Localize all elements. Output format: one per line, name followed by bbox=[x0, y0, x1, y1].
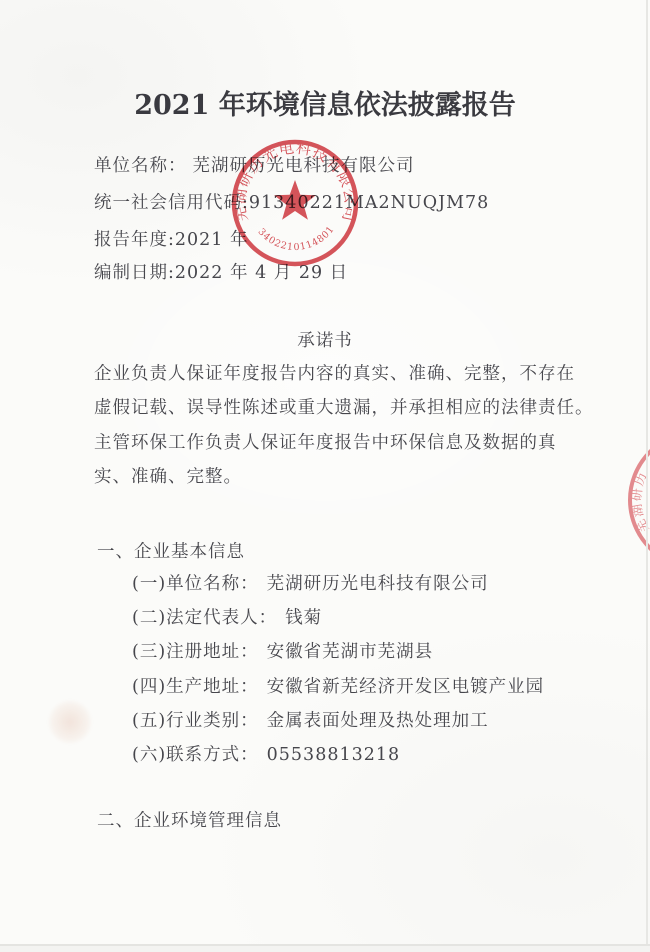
item2-value: 钱菊 bbox=[285, 608, 322, 628]
partial-seal-icon: 芜 湖 研 历 bbox=[596, 430, 650, 570]
field-company-name-label: 单位名称： bbox=[94, 156, 187, 176]
basic-info-item-legal-rep: (二)法定代表人：钱菊 bbox=[132, 607, 322, 629]
basic-info-item-industry-category: (五)行业类别：金属表面处理及热处理加工 bbox=[132, 710, 489, 732]
commitment-line-4: 实、准确、完整。 bbox=[94, 466, 242, 488]
field-report-year-label: 报告年度: bbox=[94, 230, 175, 250]
basic-info-item-production-address: (四)生产地址：安徽省新芜经济开发区电镀产业园 bbox=[132, 676, 544, 698]
commitment-line-2: 虚假记载、误导性陈述或重大遗漏，并承担相应的法律责任。 bbox=[94, 397, 594, 419]
item4-value: 安徽省新芜经济开发区电镀产业园 bbox=[267, 677, 545, 697]
item1-value: 芜湖研历光电科技有限公司 bbox=[267, 574, 489, 594]
commitment-line-3: 主管环保工作负责人保证年度报告中环保信息及数据的真 bbox=[94, 432, 557, 454]
basic-info-item-contact: (六)联系方式：05538813218 bbox=[132, 744, 400, 766]
commitment-heading: 承诺书 bbox=[0, 330, 650, 352]
item1-label: (一)单位名称： bbox=[132, 574, 259, 594]
paper-bottom-edge bbox=[0, 944, 650, 946]
partial-seal-char-2: 湖 bbox=[629, 503, 647, 519]
item6-value: 05538813218 bbox=[267, 745, 400, 765]
section1-heading: 一、企业基本信息 bbox=[97, 541, 245, 563]
paper-right-edge bbox=[646, 0, 648, 952]
paper-bottom-shade bbox=[0, 946, 650, 952]
item4-label: (四)生产地址： bbox=[132, 677, 259, 697]
seal-star-icon bbox=[274, 180, 316, 220]
paper-stain bbox=[48, 700, 92, 744]
item3-value: 安徽省芜湖市芜湖县 bbox=[267, 642, 434, 662]
item5-label: (五)行业类别： bbox=[132, 711, 259, 731]
field-compile-date-label: 编制日期: bbox=[94, 263, 175, 283]
section2-heading: 二、企业环境管理信息 bbox=[97, 810, 282, 832]
commitment-line-1: 企业负责人保证年度报告内容的真实、准确、完整，不存在 bbox=[94, 363, 575, 385]
basic-info-item-registered-address: (三)注册地址：安徽省芜湖市芜湖县 bbox=[132, 641, 433, 663]
basic-info-item-unit-name: (一)单位名称：芜湖研历光电科技有限公司 bbox=[132, 573, 489, 595]
item3-label: (三)注册地址： bbox=[132, 642, 259, 662]
company-seal-icon: 芜湖研历光电科技有限公司 3402210114801 bbox=[225, 133, 365, 273]
scanned-document-page: 2021 年环境信息依法披露报告 单位名称：芜湖研历光电科技有限公司 统一社会信… bbox=[0, 0, 650, 952]
item2-label: (二)法定代表人： bbox=[132, 608, 277, 628]
seal-number-arc-text: 3402210114801 bbox=[256, 224, 337, 253]
item5-value: 金属表面处理及热处理加工 bbox=[267, 711, 489, 731]
item6-label: (六)联系方式： bbox=[132, 745, 259, 765]
partial-seal-char-3: 研 bbox=[630, 488, 646, 502]
document-title: 2021 年环境信息依法披露报告 bbox=[0, 83, 650, 122]
